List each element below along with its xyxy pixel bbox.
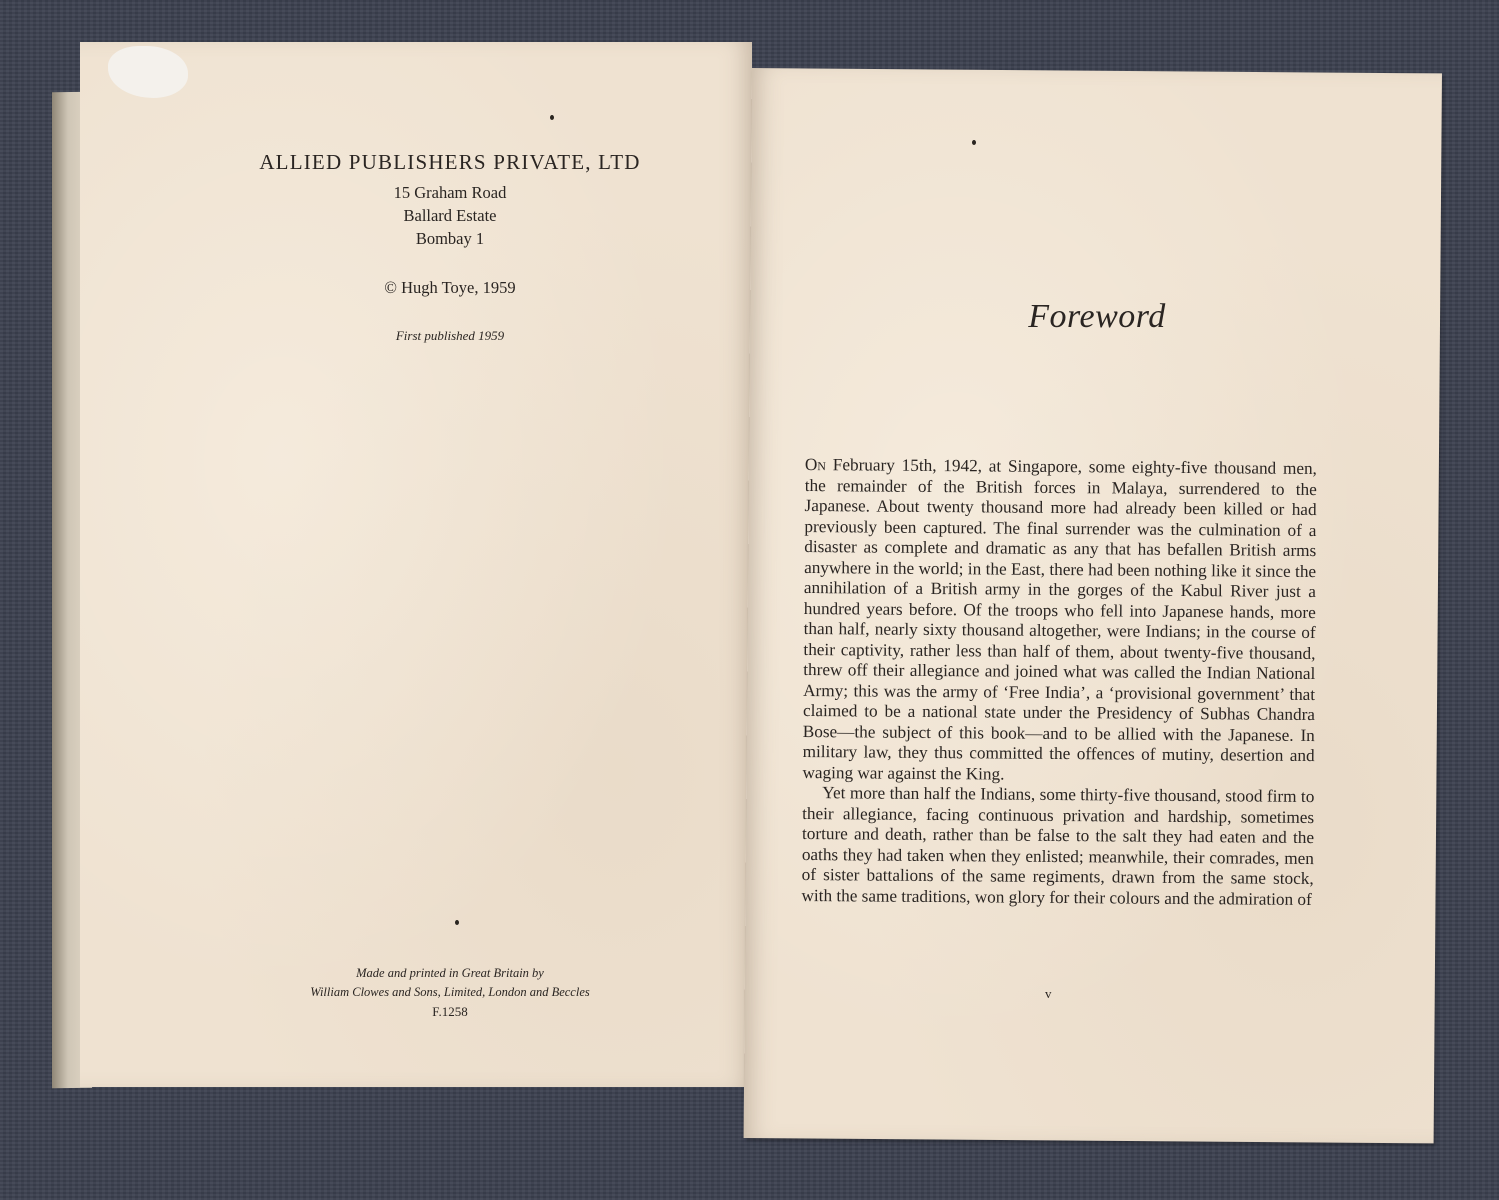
chapter-title: Foreword [752, 298, 1442, 336]
printer-line-2: William Clowes and Sons, Limited, London… [80, 985, 820, 1000]
address-line-3: Bombay 1 [80, 229, 820, 249]
copyright-notice: © Hugh Toye, 1959 [80, 278, 820, 298]
printer-line-1: Made and printed in Great Britain by [80, 966, 820, 981]
drop-lead: On [805, 455, 826, 474]
page-number: v [1045, 986, 1052, 1002]
paragraph-2: Yet more than half the Indians, some thi… [801, 783, 1314, 910]
print-code: F.1258 [80, 1004, 820, 1020]
first-published: First published 1959 [80, 328, 820, 344]
page-speck [550, 115, 554, 120]
page-speck [972, 140, 976, 145]
address-line-2: Ballard Estate [80, 206, 820, 226]
paragraph-1: On February 15th, 1942, at Singapore, so… [802, 455, 1317, 787]
address-line-1: 15 Graham Road [80, 183, 820, 203]
page-speck [455, 920, 459, 925]
foreword-body: On February 15th, 1942, at Singapore, so… [801, 455, 1317, 910]
publisher-name: ALLIED PUBLISHERS PRIVATE, LTD [80, 150, 820, 175]
